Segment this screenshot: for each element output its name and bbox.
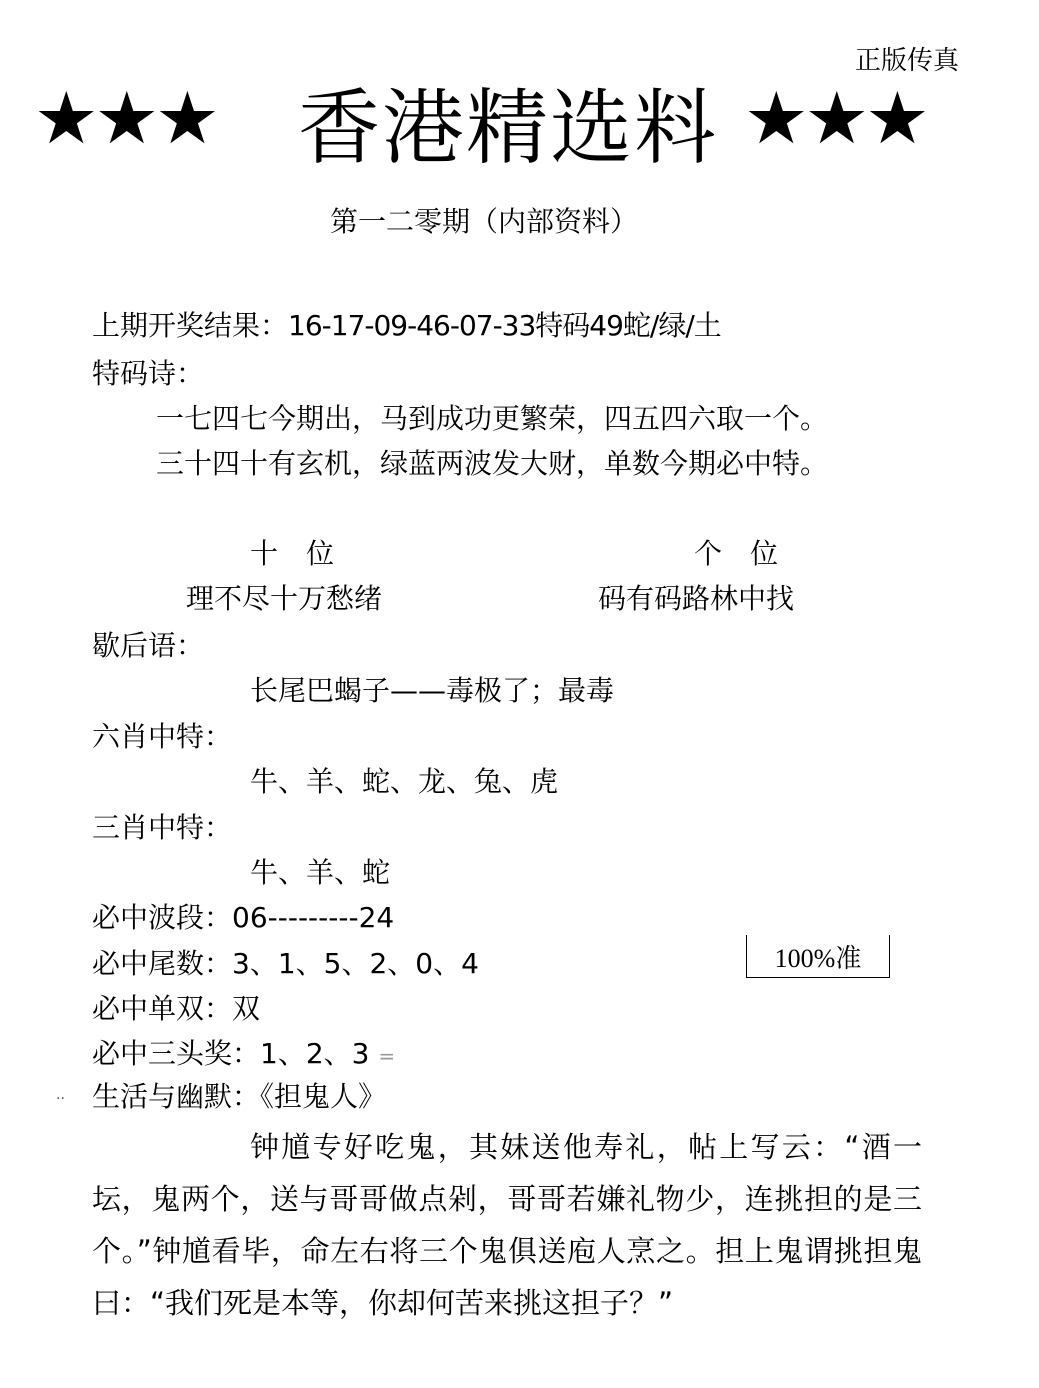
humor-title: 《担鬼人》 (260, 1080, 386, 1113)
poem-line-1: 一七四七今期出，马到成功更繁荣，四五四六取一个。 (156, 405, 828, 433)
wave-range-row: 必中波段：06---------24 (92, 904, 394, 932)
leading-dots: ·· (56, 1092, 65, 1106)
units-position-clue: 码有码路林中找 (598, 585, 794, 613)
odd-even-label: 必中单双： (92, 992, 232, 1025)
fax-label: 正版传真 (855, 48, 959, 74)
humor-row: 生活与幽默：《担鬼人》 (92, 1083, 386, 1111)
top-three-value: 1、2、3 (260, 1037, 369, 1070)
units-position-label: 个 位 (694, 540, 778, 568)
humor-label: 生活与幽默： (92, 1080, 260, 1113)
last-result-label: 上期开奖结果： (92, 309, 288, 342)
poem-label: 特码诗： (92, 360, 204, 388)
poem-line-2: 三十四十有玄机，绿蓝两波发大财，单数今期必中特。 (156, 450, 828, 478)
xiehouyu-label: 歇后语： (92, 632, 204, 660)
last-result-row: 上期开奖结果：16-17-09-46-07-33特码49蛇/绿/土 (92, 312, 721, 340)
top-three-trailing-mark: = (378, 1044, 395, 1068)
humor-story: 钟馗专好吃鬼，其妹送他寿礼，帖上写云：“酒一坛，鬼两个，送与哥哥做点剁，哥哥若嫌… (92, 1121, 922, 1329)
six-zodiac-value: 牛、羊、蛇、龙、兔、虎 (250, 768, 558, 796)
accuracy-badge: 100%准 (746, 935, 890, 978)
wave-range-value: 06---------24 (232, 901, 394, 934)
tail-numbers-row: 必中尾数：3、1、5、2、0、4 (92, 950, 479, 978)
star-icon-group-left: ★★★ (34, 82, 216, 154)
tens-position-clue: 理不尽十万愁绪 (186, 585, 382, 613)
last-result-value: 16-17-09-46-07-33特码49蛇/绿/土 (288, 309, 721, 342)
star-icon-group-right: ★★★ (744, 82, 926, 154)
top-three-row: 必中三头奖：1、2、3 = (92, 1040, 395, 1068)
page-title: 香港精选料 (298, 88, 718, 170)
three-zodiac-value: 牛、羊、蛇 (250, 859, 390, 887)
top-three-label: 必中三头奖： (92, 1037, 260, 1070)
odd-even-row: 必中单双：双 (92, 995, 260, 1023)
three-zodiac-label: 三肖中特： (92, 814, 232, 842)
tens-position-label: 十 位 (250, 540, 334, 568)
issue-subtitle: 第一二零期（内部资料） (330, 208, 638, 236)
tail-numbers-label: 必中尾数： (92, 947, 232, 980)
six-zodiac-label: 六肖中特： (92, 723, 232, 751)
odd-even-value: 双 (232, 992, 260, 1025)
tail-numbers-value: 3、1、5、2、0、4 (232, 947, 479, 980)
xiehouyu-text: 长尾巴蝎子——毒极了；最毒 (250, 677, 614, 705)
wave-range-label: 必中波段： (92, 901, 232, 934)
